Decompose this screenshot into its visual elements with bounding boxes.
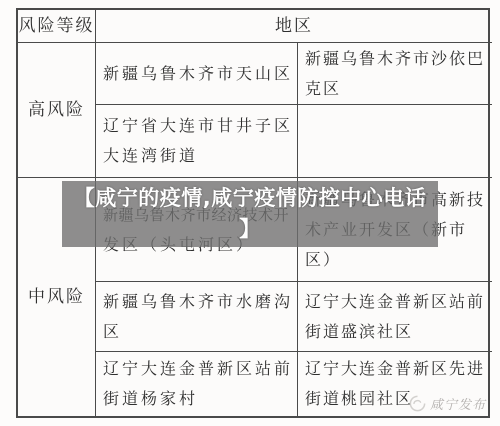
risk-label-high: 高风险 <box>18 43 96 178</box>
header-cell-region: 地区 <box>96 10 492 43</box>
table-cell-empty <box>298 105 492 178</box>
watermark: 咸宁发布 <box>408 394 486 413</box>
table-cell-tianshan: 新疆乌鲁木齐市天山区 <box>96 43 298 105</box>
table-cell-shengbin: 辽宁大连金普新区站前街道盛滨社区 <box>298 282 492 352</box>
watermark-label: 咸宁发布 <box>430 394 486 413</box>
table-cell-shayibake: 新疆乌鲁木齐市沙依巴克区 <box>298 43 492 105</box>
risk-label-high-text: 高风险 <box>28 95 85 125</box>
xianning-release-logo-icon <box>408 394 427 413</box>
title-line-2: 】 <box>239 214 261 245</box>
header-risk-level-label: 风险等级 <box>19 13 95 39</box>
title-overlay: 【咸宁的疫情,咸宁疫情防控中心电话 】 <box>62 181 438 247</box>
risk-label-medium-text: 中风险 <box>28 282 85 312</box>
table-cell-yangjiacun: 辽宁大连金普新区站前街道杨家村 <box>96 352 298 416</box>
table-cell-shuimogou: 新疆乌鲁木齐市水磨沟区 <box>96 282 298 352</box>
page: 风险等级 地区 高风险 新疆乌鲁木齐市天山区 新疆乌鲁木齐市沙依巴克区 辽宁省大… <box>0 0 500 426</box>
title-line-1: 【咸宁的疫情,咸宁疫情防控中心电话 <box>74 183 426 214</box>
header-cell-risk-level: 风险等级 <box>18 10 96 43</box>
header-region-label: 地区 <box>275 13 313 39</box>
table-cell-ganjingzi: 辽宁省大连市甘井子区大连湾街道 <box>96 105 298 178</box>
